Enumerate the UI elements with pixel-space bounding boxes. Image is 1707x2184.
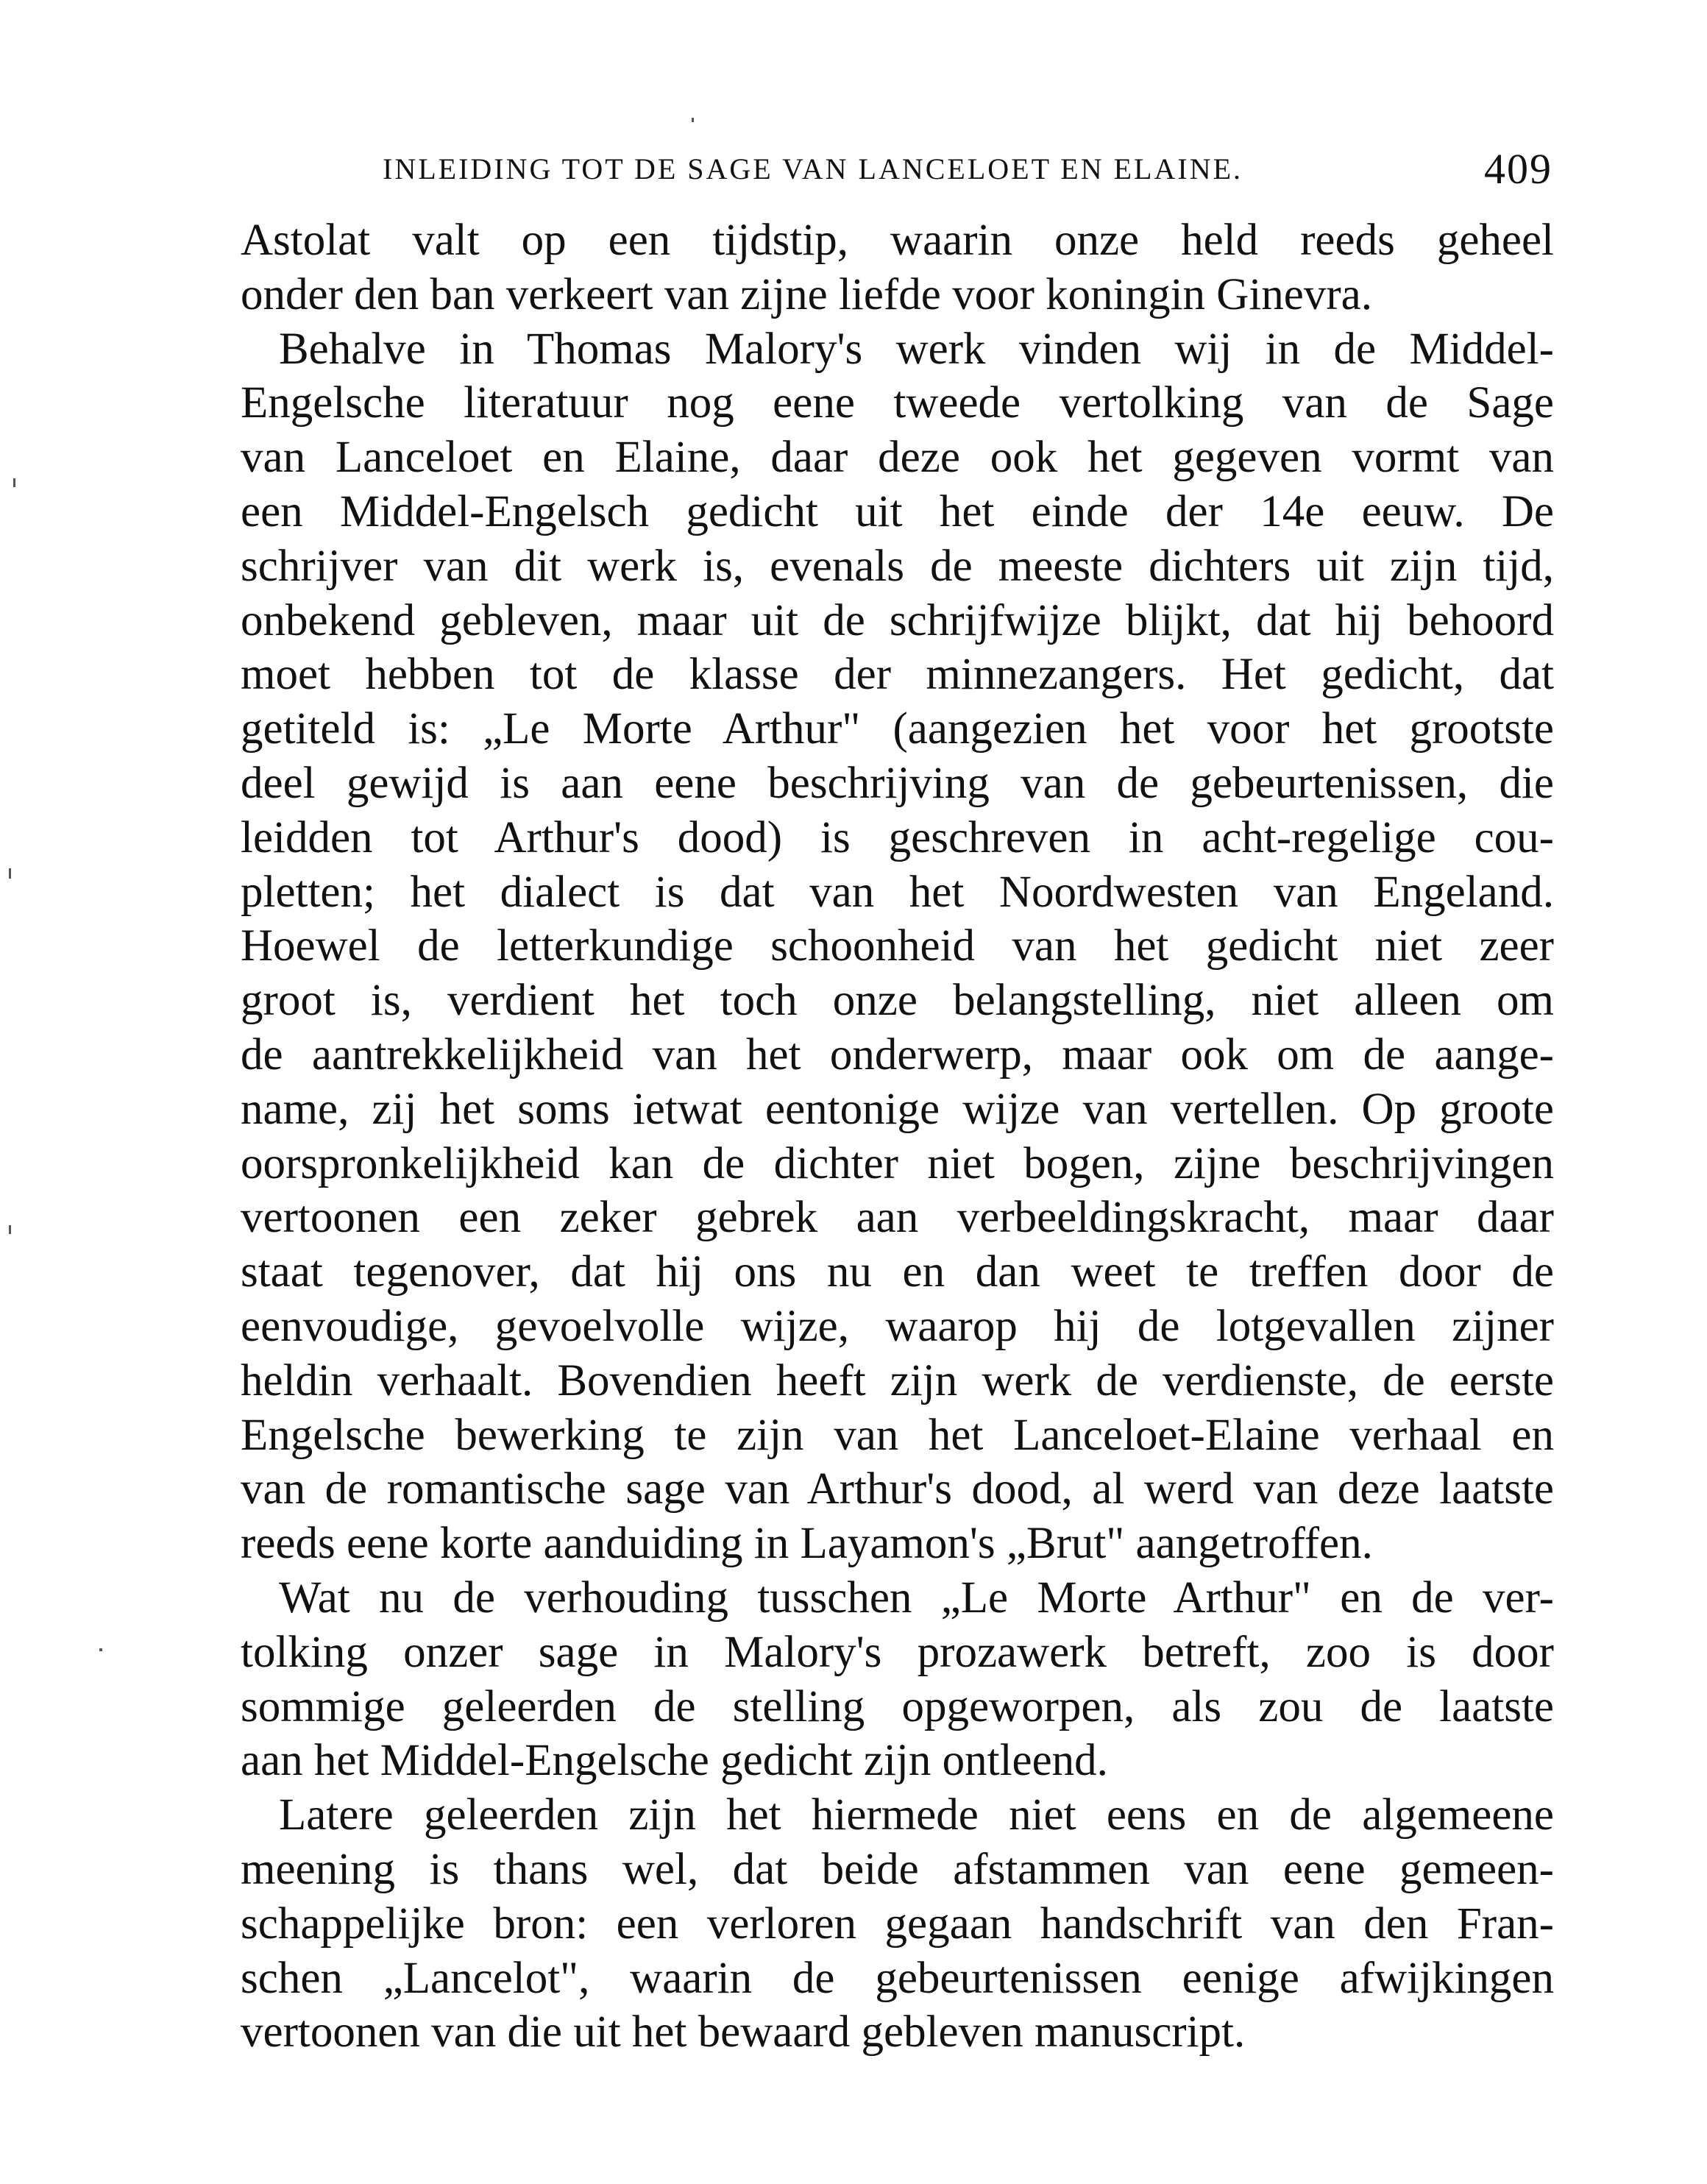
paragraph: Latere geleerden zijn het hiermede niet … bbox=[241, 1788, 1554, 2060]
text-line: vertoonen van die uit het bewaard geblev… bbox=[241, 2005, 1554, 2060]
text-line: pletten; het dialect is dat van het Noor… bbox=[241, 865, 1554, 920]
text-line: van de romantische sage van Arthur's doo… bbox=[241, 1462, 1554, 1517]
text-line: Astolat valt op een tijdstip, waarin onz… bbox=[241, 213, 1554, 268]
text-line: moet hebben tot de klasse der minnezange… bbox=[241, 648, 1554, 702]
text-line: onbekend gebleven, maar uit de schrijfwi… bbox=[241, 594, 1554, 648]
scan-speck bbox=[9, 868, 11, 879]
scan-speck bbox=[692, 118, 694, 122]
text-line: sommige geleerden de stelling opgeworpen… bbox=[241, 1680, 1554, 1734]
text-line: groot is, verdient het toch onze belangs… bbox=[241, 974, 1554, 1028]
paragraph: Wat nu de verhouding tusschen „Le Morte … bbox=[241, 1571, 1554, 1788]
body-text: Astolat valt op een tijdstip, waarin onz… bbox=[241, 213, 1554, 2060]
text-line: onder den ban verkeert van zijne liefde … bbox=[241, 268, 1554, 322]
text-line: tolking onzer sage in Malory's prozawerk… bbox=[241, 1625, 1554, 1680]
paragraph: Astolat valt op een tijdstip, waarin onz… bbox=[241, 213, 1554, 322]
text-line: reeds eene korte aanduiding in Layamon's… bbox=[241, 1517, 1554, 1571]
text-line: Wat nu de verhouding tusschen „Le Morte … bbox=[241, 1571, 1554, 1625]
text-line: heldin verhaalt. Bovendien heeft zijn we… bbox=[241, 1354, 1554, 1408]
paragraph: Behalve in Thomas Malory's werk vinden w… bbox=[241, 322, 1554, 1571]
text-line: name, zij het soms ietwat eentonige wijz… bbox=[241, 1082, 1554, 1137]
text-line: aan het Middel-Engelsche gedicht zijn on… bbox=[241, 1734, 1554, 1788]
running-title: INLEIDING TOT DE SAGE VAN LANCELOET EN E… bbox=[383, 152, 1243, 186]
text-line: Latere geleerden zijn het hiermede niet … bbox=[241, 1788, 1554, 1843]
text-line: oorspronkelijkheid kan de dichter niet b… bbox=[241, 1137, 1554, 1191]
text-line: eenvoudige, gevoelvolle wijze, waarop hi… bbox=[241, 1300, 1554, 1354]
text-line: vertoonen een zeker gebrek aan verbeeldi… bbox=[241, 1191, 1554, 1245]
text-line: een Middel-Engelsch gedicht uit het eind… bbox=[241, 485, 1554, 539]
text-line: schrijver van dit werk is, evenals de me… bbox=[241, 539, 1554, 594]
text-line: Behalve in Thomas Malory's werk vinden w… bbox=[241, 322, 1554, 377]
text-line: deel gewijd is aan eene beschrijving van… bbox=[241, 756, 1554, 811]
scan-speck bbox=[9, 1225, 11, 1234]
page-number: 409 bbox=[1484, 144, 1552, 194]
book-page: INLEIDING TOT DE SAGE VAN LANCELOET EN E… bbox=[0, 0, 1707, 2184]
text-line: schappelijke bron: een verloren gegaan h… bbox=[241, 1897, 1554, 1951]
text-line: leidden tot Arthur's dood) is geschreven… bbox=[241, 811, 1554, 865]
scan-speck bbox=[99, 1648, 102, 1651]
scan-speck bbox=[13, 478, 15, 487]
text-line: Engelsche bewerking te zijn van het Lanc… bbox=[241, 1408, 1554, 1463]
text-line: staat tegenover, dat hij ons nu en dan w… bbox=[241, 1245, 1554, 1300]
running-header: INLEIDING TOT DE SAGE VAN LANCELOET EN E… bbox=[383, 144, 1552, 196]
text-line: van Lanceloet en Elaine, daar deze ook h… bbox=[241, 430, 1554, 485]
text-line: Engelsche literatuur nog eene tweede ver… bbox=[241, 376, 1554, 430]
text-line: schen „Lancelot", waarin de gebeurteniss… bbox=[241, 1951, 1554, 2006]
text-line: Hoewel de letterkundige schoonheid van h… bbox=[241, 919, 1554, 974]
text-line: getiteld is: „Le Morte Arthur" (aangezie… bbox=[241, 702, 1554, 756]
text-line: meening is thans wel, dat beide afstamme… bbox=[241, 1843, 1554, 1897]
text-line: de aantrekkelijkheid van het onderwerp, … bbox=[241, 1028, 1554, 1082]
